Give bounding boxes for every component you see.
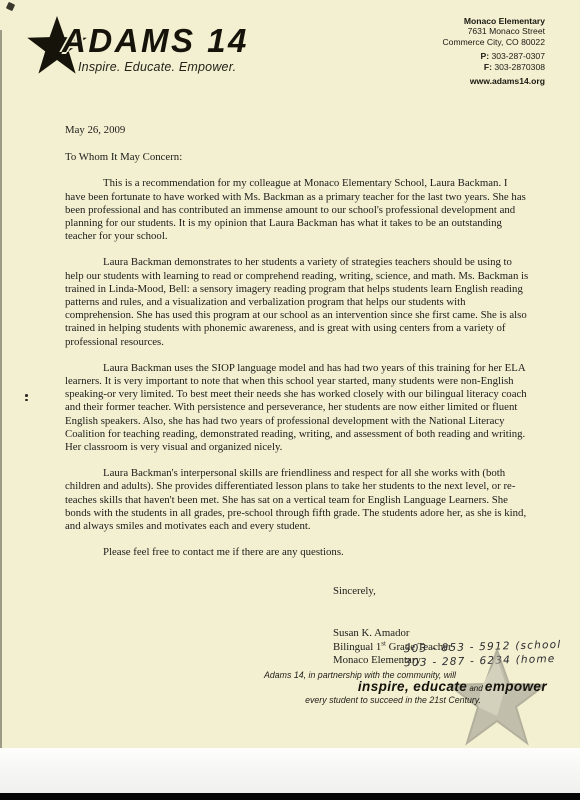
- school-name: Monaco Elementary: [442, 16, 545, 26]
- letter-body: May 26, 2009 To Whom It May Concern: Thi…: [65, 124, 529, 559]
- scan-edge-shadow: [0, 30, 2, 748]
- school-website: www.adams14.org: [442, 76, 545, 86]
- school-address-block: Monaco Elementary 7631 Monaco Street Com…: [442, 16, 545, 86]
- district-logo: ADAMS 14 Inspire. Educate. Empower.: [26, 14, 306, 84]
- brand-wordmark: ADAMS 14: [62, 22, 249, 60]
- footer-motto-line2: inspire, educate and empower: [358, 679, 547, 694]
- valediction: Sincerely,: [333, 585, 452, 598]
- letter-date: May 26, 2009: [65, 124, 529, 137]
- letter-page: ADAMS 14 Inspire. Educate. Empower. Mona…: [0, 0, 580, 748]
- scan-speck-margin: [25, 394, 28, 402]
- scanned-letter: ADAMS 14 Inspire. Educate. Empower. Mona…: [0, 0, 580, 800]
- brand-tagline: Inspire. Educate. Empower.: [78, 60, 236, 74]
- letter-paragraph-2: Laura Backman demonstrates to her studen…: [65, 256, 529, 348]
- letter-paragraph-1: This is a recommendation for my colleagu…: [65, 177, 529, 243]
- letter-salutation: To Whom It May Concern:: [65, 151, 529, 164]
- scanner-bottom-edge: [0, 793, 580, 800]
- footer-motto-line3: every student to succeed in the 21st Cen…: [305, 695, 481, 705]
- school-fax: F: 303-2870308: [442, 62, 545, 72]
- signer-name: Susan K. Amador: [333, 627, 452, 640]
- scan-speck-corner: [6, 2, 15, 11]
- letter-paragraph-3: Laura Backman uses the SIOP language mod…: [65, 362, 529, 454]
- letter-paragraph-4: Laura Backman's interpersonal skills are…: [65, 467, 529, 533]
- school-phone: P: 303-287-0307: [442, 51, 545, 61]
- letter-closing-line: Please feel free to contact me if there …: [65, 546, 529, 559]
- school-city: Commerce City, CO 80022: [442, 37, 545, 47]
- school-street: 7631 Monaco Street: [442, 26, 545, 36]
- scanner-background: [0, 748, 580, 793]
